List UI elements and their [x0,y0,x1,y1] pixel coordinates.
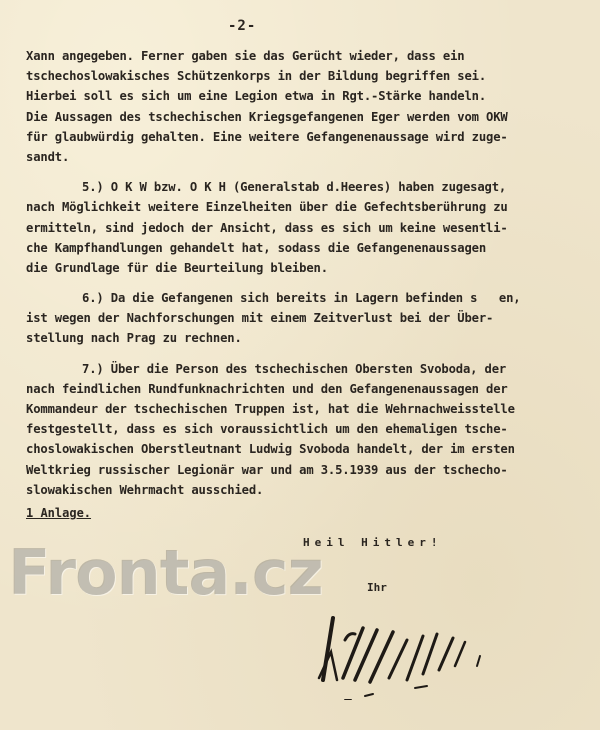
text-line: 7.) Über die Person des tschechischen Ob… [26,359,596,379]
text-line: Weltkrieg russischer Legionär war und am… [26,460,596,480]
signature-icon [315,610,515,700]
text-line: nach feindlichen Rundfunknachrichten und… [26,379,596,399]
text-line: Hierbei soll es sich um eine Legion etwa… [26,86,596,106]
text-line: ermitteln, sind jedoch der Ansicht, dass… [26,218,596,238]
text-line: slowakischen Wehrmacht ausschied. [26,480,596,500]
enclosure-note: 1 Anlage. [26,506,91,520]
watermark: Fronta.cz [8,536,323,609]
text-line: 5.) O K W bzw. O K H (Generalstab d.Heer… [26,177,596,197]
text-line: für glaubwürdig gehalten. Eine weitere G… [26,127,596,147]
text-line: Xann angegeben. Ferner gaben sie das Ger… [26,46,596,66]
text-line: die Grundlage für die Beurteilung bleibe… [26,258,596,278]
text-line: tschechoslowakisches Schützenkorps in de… [26,66,596,86]
paragraph-7: 7.) Über die Person des tschechischen Ob… [26,359,596,500]
text-line: sandt. [26,147,596,167]
text-line: choslowakischen Oberstleutnant Ludwig Sv… [26,439,596,459]
text-line: che Kampfhandlungen gehandelt hat, sodas… [26,238,596,258]
text-line: nach Möglichkeit weitere Einzelheiten üb… [26,197,596,217]
text-line: stellung nach Prag zu rechnen. [26,328,596,348]
paragraph-5: 5.) O K W bzw. O K H (Generalstab d.Heer… [26,177,596,278]
closing-salutation: Heil Hitler! [303,536,442,549]
document-body: Xann angegeben. Ferner gaben sie das Ger… [26,46,596,500]
paragraph-6: 6.) Da die Gefangenen sich bereits in La… [26,288,596,349]
text-line: 6.) Da die Gefangenen sich bereits in La… [26,288,596,308]
page-number: -2- [228,18,256,34]
text-line: festgestellt, dass es sich voraussichtli… [26,419,596,439]
text-line: ist wegen der Nachforschungen mit einem … [26,308,596,328]
text-line: Kommandeur der tschechischen Truppen ist… [26,399,596,419]
closing-ihr: Ihr [367,581,387,594]
text-line: Die Aussagen des tschechischen Kriegsgef… [26,107,596,127]
